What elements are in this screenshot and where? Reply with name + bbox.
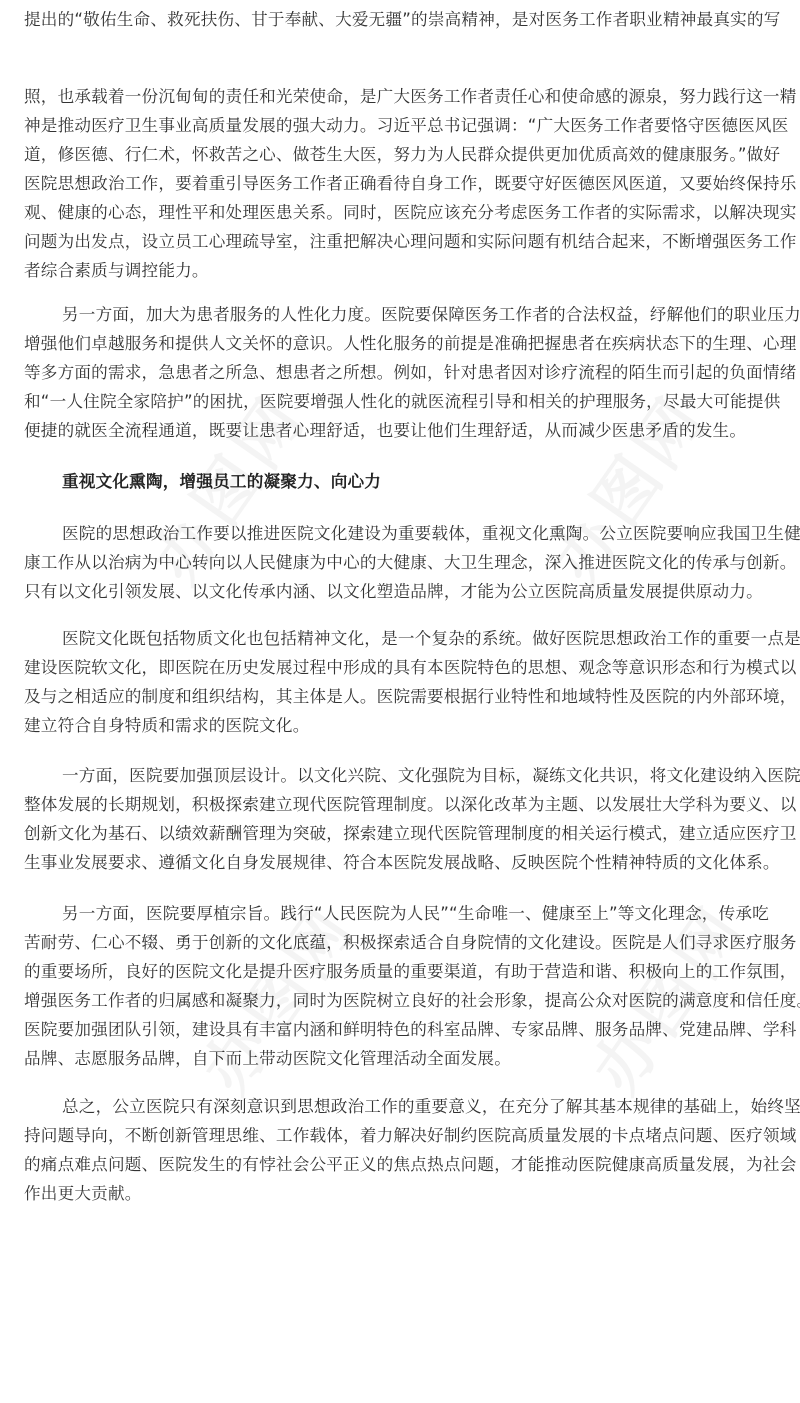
paragraph-line: 康工作从以治病为中心转向以人民健康为中心的大健康、大卫生理念，深入推进医院文化的… [24,548,797,577]
paragraph-line: 另一方面，加大为患者服务的人性化力度。医院要保障医务工作者的合法权益，纾解他们的… [62,300,800,329]
paragraph-line: 的痛点难点问题、医院发生的有悖社会公平正义的焦点热点问题，才能推动医院健康高质量… [24,1150,797,1179]
paragraph-line: 道，修医德、行仁术，怀救苦之心、做苍生大医，努力为人民群众提供更加优质高效的健康… [24,140,780,169]
paragraph-line: 医院的思想政治工作要以推进医院文化建设为重要载体，重视文化熏陶。公立医院要响应我… [62,519,800,548]
paragraph-line: 便捷的就医全流程通道，既要让患者心理舒适，也要让他们生理舒适，从而减少医患矛盾的… [24,416,746,445]
paragraph-line: 总之，公立医院只有深刻意识到思想政治工作的重要意义，在充分了解其基本规律的基础上… [62,1092,800,1121]
paragraph-line: 观、健康的心态，理性平和处理医患关系。同时，医院应该充分考虑医务工作者的实际需求… [24,198,797,227]
paragraph-line: 的重要场所，良好的医院文化是提升医疗服务质量的重要渠道，有助于营造和谐、积极向上… [24,957,797,986]
paragraph-line: 建立符合自身特质和需求的医院文化。 [24,711,310,740]
paragraph-line: 神是推动医疗卫生事业高质量发展的强大动力。习近平总书记强调：“广大医务工作者要恪… [24,111,789,140]
paragraph-line: 另一方面，医院要厚植宗旨。践行“人民医院为人民”“生命唯一、健康至上”等文化理念… [62,899,769,928]
paragraph-line: 创新文化为基石、以绩效薪酬管理为突破，探索建立现代医院管理制度的相关运行模式，建… [24,819,797,848]
paragraph-line: 医院文化既包括物质文化也包括精神文化，是一个复杂的系统。做好医院思想政治工作的重… [62,624,800,653]
paragraph-line: 等多方面的需求，急患者之所急、想患者之所想。例如，针对患者因对诊疗流程的陌生而引… [24,358,797,387]
paragraph-line: 品牌、志愿服务品牌，自下而上带动医院文化管理活动全面发展。 [24,1044,511,1073]
paragraph-line: 增强他们卓越服务和提供人文关怀的意识。人性化服务的前提是准确把握患者在疾病状态下… [24,329,797,358]
paragraph-line: 及与之相适应的制度和组织结构，其主体是人。医院需要根据行业特性和地域特性及医院的… [24,682,797,711]
paragraph-line: 作出更大贡献。 [24,1179,142,1208]
paragraph-line: 问题为出发点，设立员工心理疏导室，注重把解决心理问题和实际问题有机结合起来，不断… [24,227,797,256]
paragraph-line: 建设医院软文化，即医院在历史发展过程中形成的具有本医院特色的思想、观念等意识形态… [24,653,797,682]
section-heading: 重视文化熏陶，增强员工的凝聚力、向心力 [62,467,381,496]
paragraph-line: 照，也承载着一份沉甸甸的责任和光荣使命，是广大医务工作者责任心和使命感的源泉，努… [24,82,797,111]
paragraph-line: 提出的“敬佑生命、救死扶伤、甘于奉献、大爱无疆”的崇高精神，是对医务工作者职业精… [24,5,781,34]
paragraph-line: 整体发展的长期规划，积极探索建立现代医院管理制度。以深化改革为主题、以发展壮大学… [24,790,797,819]
paragraph-line: 苦耐劳、仁心不辍、勇于创新的文化底蕴，积极探索适合自身院情的文化建设。医院是人们… [24,928,797,957]
paragraph-line: 生事业发展要求、遵循文化自身发展规律、符合本医院发展战略、反映医院个性精神特质的… [24,848,780,877]
paragraph-line: 只有以文化引领发展、以文化传承内涵、以文化塑造品牌，才能为公立医院高质量发展提供… [24,577,763,606]
paragraph-line: 医院要加强团队引领，建设具有丰富内涵和鲜明特色的科室品牌、专家品牌、服务品牌、党… [24,1015,797,1044]
paragraph-line: 持问题导向，不断创新管理思维、工作载体，着力解决好制约医院高质量发展的卡点堵点问… [24,1121,797,1150]
paragraph-line: 一方面，医院要加强顶层设计。以文化兴院、文化强院为目标，凝练文化共识，将文化建设… [62,761,800,790]
paragraph-line: 和“一人住院全家陪护”的困扰，医院要增强人性化的就医流程引导和相关的护理服务，尽… [24,387,781,416]
paragraph-line: 者综合素质与调控能力。 [24,256,209,285]
paragraph-line: 增强医务工作者的归属感和凝聚力，同时为医院树立良好的社会形象，提高公众对医院的满… [24,986,800,1015]
paragraph-line: 医院思想政治工作，要着重引导医务工作者正确看待自身工作，既要守好医德医风医道，又… [24,169,797,198]
